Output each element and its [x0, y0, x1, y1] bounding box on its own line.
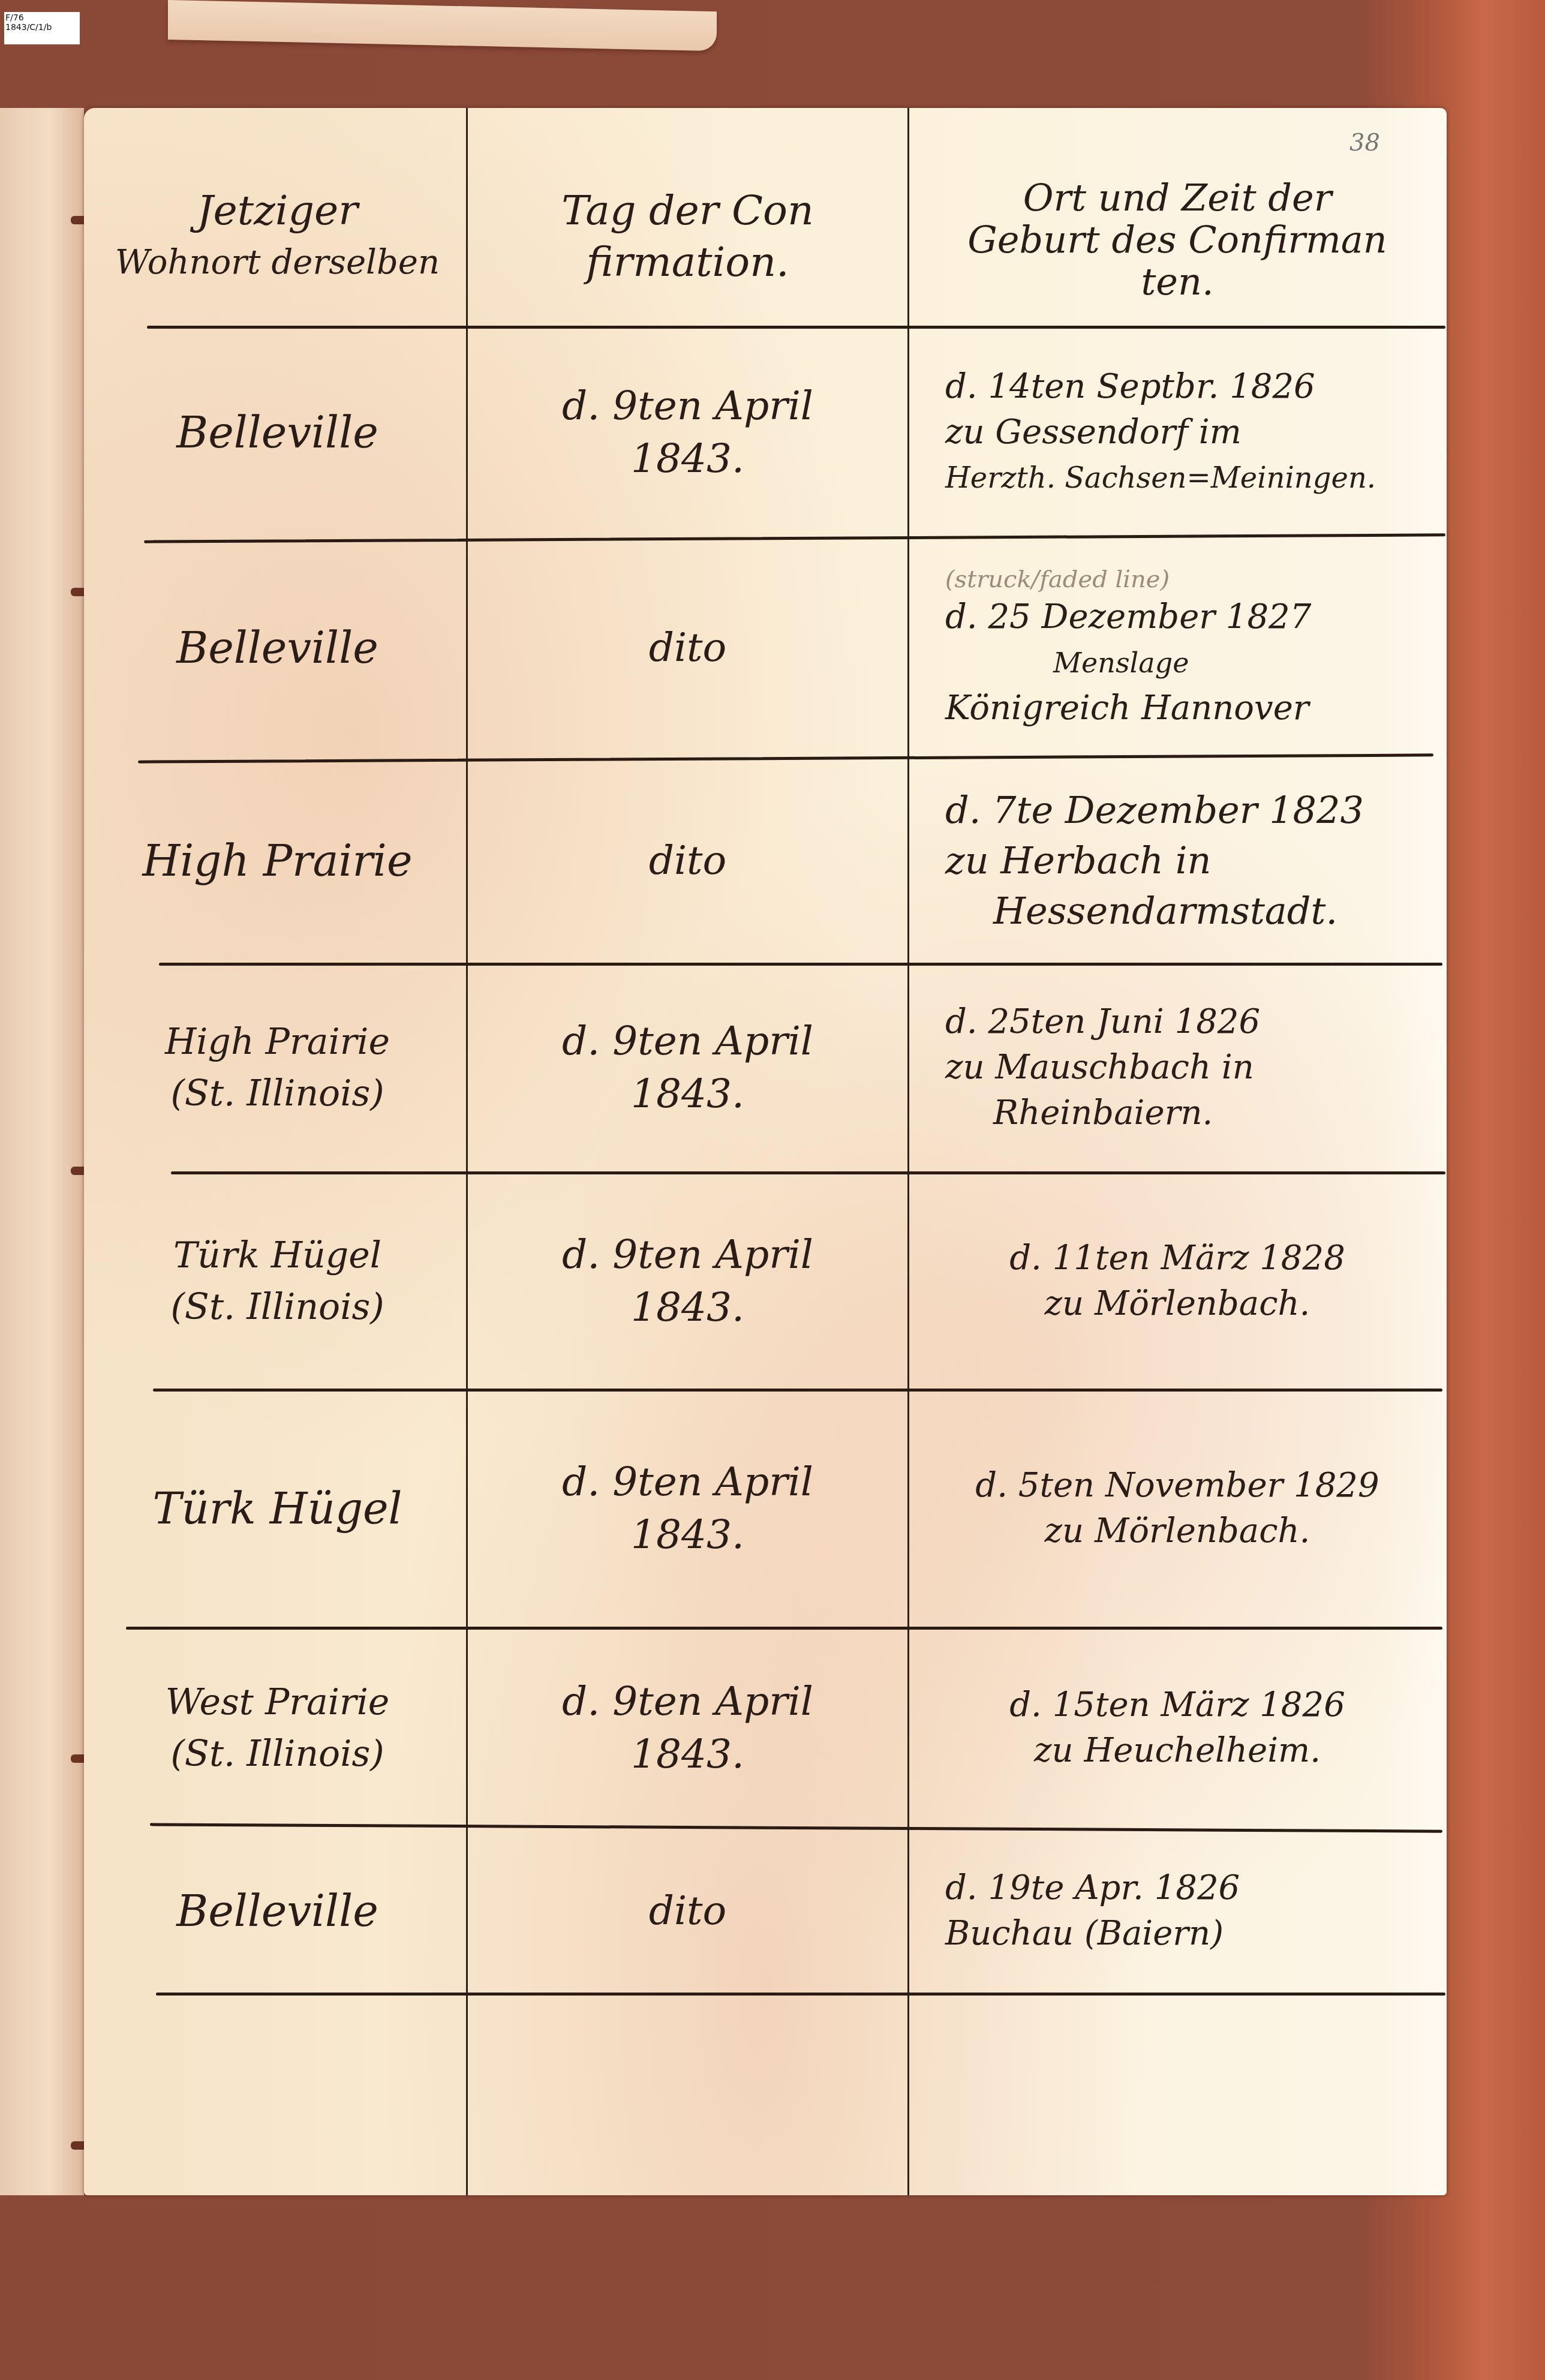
header-text: Tag der Con: [561, 185, 813, 237]
cell-text: High Prairie: [165, 1016, 390, 1068]
header-birth-place-date: Ort und Zeit der Geburt des Confirman te…: [909, 156, 1445, 324]
header-text: Jetziger: [197, 185, 358, 237]
cell-text: (St. Illinois): [170, 1068, 384, 1119]
cell-text: d. 9ten April: [562, 1228, 813, 1281]
row-7-residence: West Prairie(St. Illinois): [90, 1630, 465, 1825]
cell-text: d. 19te Apr. 1826: [945, 1865, 1240, 1911]
cell-text: Türk Hügel: [173, 1230, 381, 1281]
cell-text: zu Gessendorf im: [945, 410, 1242, 455]
cell-text: d. 14ten Septbr. 1826: [945, 364, 1315, 410]
cell-text: d. 25ten Juni 1826: [945, 999, 1260, 1045]
cell-text: 1843.: [631, 1281, 744, 1334]
cell-text: d. 9ten April: [562, 1675, 813, 1728]
cell-text: High Prairie: [142, 833, 412, 889]
header-text: firmation.: [586, 237, 789, 289]
cell-text: (St. Illinois): [170, 1728, 384, 1780]
cell-text: 1843.: [631, 1508, 744, 1561]
row-1-birth: d. 14ten Septbr. 1826zu Gessendorf imHer…: [909, 329, 1445, 536]
cell-text: Königreich Hannover: [945, 686, 1309, 731]
cell-text: 1843.: [631, 1728, 744, 1781]
archive-ref-line-1: F/76: [5, 13, 80, 23]
cell-text: Belleville: [176, 620, 378, 676]
header-residence: Jetziger Wohnort derselben: [90, 150, 465, 324]
cell-text: zu Mörlenbach.: [1045, 1508, 1310, 1554]
cell-text: zu Mauschbach in: [945, 1045, 1254, 1090]
row-3-birth: d. 7te Dezember 1823zu Herbach inHessend…: [909, 760, 1445, 961]
header-confirmation-day: Tag der Con firmation.: [468, 150, 907, 324]
cell-text: Hessendarmstadt.: [945, 886, 1337, 936]
archive-reference-label: F/76 1843/C/1/b: [4, 12, 80, 44]
cell-text: Rheinbaiern.: [945, 1090, 1213, 1136]
cell-text: zu Heuchelheim.: [1034, 1728, 1321, 1774]
row-6-confirmation: d. 9ten April1843.: [468, 1392, 907, 1625]
cell-text: d. 15ten März 1826: [1009, 1682, 1345, 1728]
archive-ref-line-2: 1843/C/1/b: [5, 23, 80, 32]
cell-text: 1843.: [631, 1068, 744, 1120]
row-4-confirmation: d. 9ten April1843.: [468, 966, 907, 1170]
row-8-confirmation: dito: [468, 1831, 907, 1991]
cell-text: Herzth. Sachsen=Meiningen.: [945, 455, 1376, 501]
row-1-confirmation: d. 9ten April1843.: [468, 329, 907, 536]
header-text: Wohnort derselben: [115, 237, 440, 289]
row-5-residence: Türk Hügel(St. Illinois): [90, 1176, 465, 1387]
header-text: Geburt des Confirman: [967, 219, 1387, 261]
row-4-residence: High Prairie(St. Illinois): [90, 966, 465, 1170]
row-2-birth: (struck/faded line)d. 25 Dezember 1827Me…: [909, 540, 1445, 756]
row-8-birth: d. 19te Apr. 1826Buchau (Baiern): [909, 1831, 1445, 1991]
cell-text: d. 25 Dezember 1827: [945, 594, 1311, 640]
row-3-residence: High Prairie: [90, 760, 465, 961]
row-3-confirmation: dito: [468, 760, 907, 961]
cell-text: d. 7te Dezember 1823: [945, 785, 1364, 836]
cell-text: Menslage: [945, 640, 1189, 686]
row-5-confirmation: d. 9ten April1843.: [468, 1176, 907, 1387]
cell-text: 1843.: [631, 432, 744, 485]
cell-text: dito: [649, 834, 727, 887]
cell-text: Belleville: [176, 404, 378, 461]
row-7-confirmation: d. 9ten April1843.: [468, 1630, 907, 1825]
row-2-residence: Belleville: [90, 540, 465, 756]
row-4-birth: d. 25ten Juni 1826zu Mauschbach inRheinb…: [909, 966, 1445, 1170]
row-rule: [171, 1171, 1445, 1174]
cell-text: d. 11ten März 1828: [1009, 1236, 1345, 1281]
row-rule: [156, 1993, 1445, 1996]
cell-text: d. 9ten April: [562, 380, 813, 432]
row-1-residence: Belleville: [90, 329, 465, 536]
cell-text: West Prairie: [166, 1676, 390, 1728]
row-5-birth: d. 11ten März 1828zu Mörlenbach.: [909, 1176, 1445, 1387]
cell-text: d. 5ten November 1829: [975, 1463, 1379, 1508]
header-text: Ort und Zeit der: [1023, 177, 1332, 219]
cell-text: zu Mörlenbach.: [1045, 1281, 1310, 1327]
row-6-birth: d. 5ten November 1829zu Mörlenbach.: [909, 1392, 1445, 1625]
cell-text: dito: [649, 621, 727, 674]
header-text: ten.: [1141, 261, 1213, 303]
faded-text: (struck/faded line): [945, 564, 1170, 594]
row-6-residence: Türk Hügel: [90, 1392, 465, 1625]
cell-text: d. 9ten April: [562, 1015, 813, 1068]
cell-text: d. 9ten April: [562, 1456, 813, 1508]
row-7-birth: d. 15ten März 1826zu Heuchelheim.: [909, 1630, 1445, 1825]
cell-text: dito: [649, 1885, 727, 1937]
row-8-residence: Belleville: [90, 1831, 465, 1991]
cell-text: Türk Hügel: [152, 1480, 402, 1537]
cell-text: (St. Illinois): [170, 1281, 384, 1333]
cell-text: Belleville: [176, 1883, 378, 1939]
row-2-confirmation: dito: [468, 540, 907, 756]
cell-text: Buchau (Baiern): [945, 1911, 1224, 1957]
page-number: 38: [1349, 129, 1380, 157]
row-rule: [126, 1627, 1442, 1630]
cell-text: zu Herbach in: [945, 836, 1211, 886]
left-page-edge: [0, 108, 84, 2195]
